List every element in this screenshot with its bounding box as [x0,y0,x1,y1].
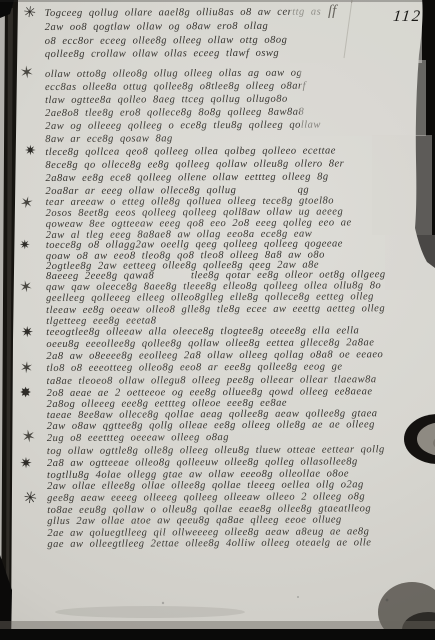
manuscript-page: ✳Togceeg qollug ollare aael8g olliu8as o… [0,0,435,640]
paragraph: ✷toece8g o8 ollagg2aw oeellg qeeg qollee… [46,239,431,282]
gutter-highlight [6,8,13,620]
margin-star-icon: ✷ [18,325,36,339]
bottom-left-corner-shadow [0,555,12,640]
gutter-strip [1,0,18,640]
speck [162,602,164,604]
margin-star-icon: ✸ [17,386,35,400]
text-line: gae aw olleegtlleeg 2ettae ollee8g 4olli… [47,537,432,551]
paragraph: ✳gee8g aeaw eeeeg olleeeg qolleeg olleea… [47,491,432,551]
manuscript-photo: ✳Togceeg qollug ollare aael8g olliu8as o… [0,0,435,640]
margin-star-icon: ✶ [19,429,39,445]
bottom-edge-shade [0,621,435,632]
paragraph: ✶tear areeaw o etteg olle8g qolluea olle… [46,196,431,241]
bottom-smudge [55,606,245,618]
text-line: tleeaw ee8g oeeaw olleo8 glle8g tle8g ec… [46,303,431,316]
speck [386,599,389,602]
bottom-right-smudge [378,582,435,640]
speck [297,596,299,598]
left-page-edge [0,0,6,640]
paragraph: ✳Togceeg qollug ollare aael8g olliu8as o… [45,5,430,62]
margin-star-icon: ✳ [20,490,40,507]
folio-number: 112 [392,8,423,26]
margin-star-icon: ✷ [21,144,39,158]
top-edge-line [0,0,435,2]
margin-star-icon: ✶ [16,279,36,296]
top-left-corner-shadow [0,0,14,18]
paragraph: ✷2a8 aw ogtteeae olleo8g qolleeuw ollee8… [47,456,432,493]
faded-gallows-mark: ſf [328,3,336,20]
paragraph: ✶tlo8 o8 eeeotteeg olleo8g eeo8 ar eee8g… [46,361,431,388]
paragraph: ✶ollaw otto8g olleo8g ollug olleeg ollas… [45,66,430,146]
paragraph: ✸2o8 aeae ae 2 oetteeoe og eee8g olluee8… [47,386,432,432]
margin-star-icon: ✷ [16,239,34,253]
text-line: qollee8g crollaw ollaw ollas eceeg tlawf… [45,46,430,62]
manuscript-text: ✳Togceeg qollug ollare aael8g olliu8as o… [45,5,433,551]
margin-star-icon: ✷ [17,456,35,470]
margin-star-icon: ✳ [20,4,40,20]
margin-star-icon: ✶ [17,65,36,81]
margin-star-icon: ✶ [16,194,37,212]
paragraph: ✶2ug o8 eeettteg oeeeaw olleeg o8agtog o… [47,430,432,458]
bottom-edge-strip [0,629,435,640]
paragraph: ✶qaw qaw oleece8g 8aee8g tleee8g elleo8g… [46,280,431,327]
margin-star-icon: ✶ [17,360,36,375]
paragraph: ✷teeogtlee8g olleeaw alla oleece8g tlogt… [46,325,431,363]
paragraph: ✷tlece8g qollcea qeo8 qolleeg ollea qolb… [45,144,430,198]
bottom-right-corner-shadow [402,612,435,640]
